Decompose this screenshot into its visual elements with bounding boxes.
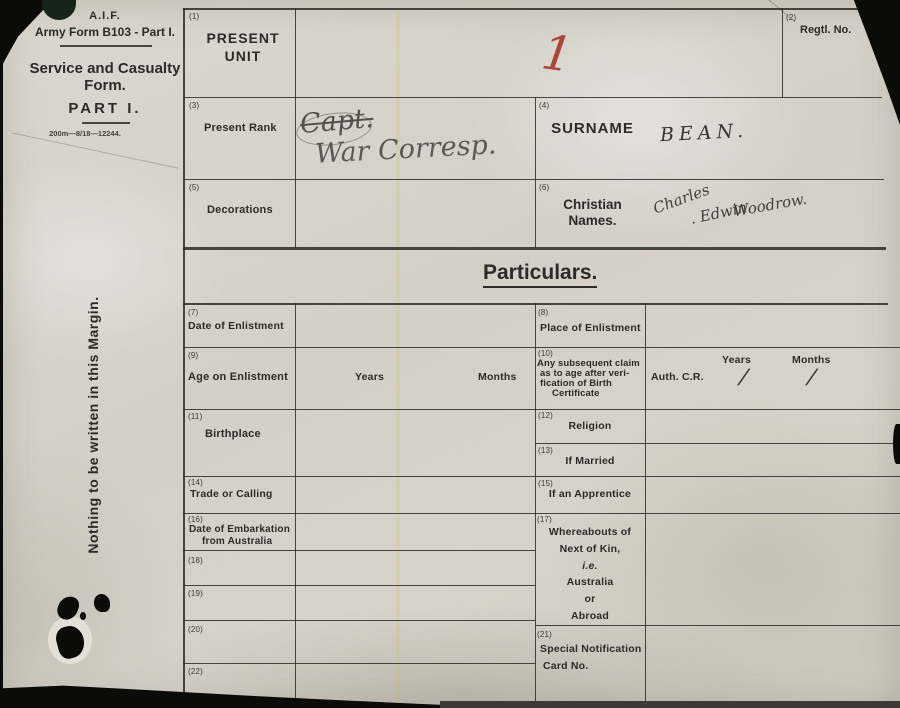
print-code: 200m—8/18—12244. xyxy=(25,129,145,138)
if-married-label: If Married xyxy=(535,455,645,467)
field-number-16: (16) xyxy=(188,515,203,524)
place-of-enlistment-label: Place of Enlistment xyxy=(540,322,641,334)
grid-line xyxy=(183,8,880,10)
field-number-20: (20) xyxy=(188,625,203,634)
date-of-enlistment-label: Date of Enlistment xyxy=(188,320,284,332)
grid-line xyxy=(183,550,535,551)
present-rank-label: Present Rank xyxy=(204,122,277,134)
field-number-19: (19) xyxy=(188,589,203,598)
field-number-22: (22) xyxy=(188,667,203,676)
birthplace-label: Birthplace xyxy=(205,428,261,440)
grid-line xyxy=(183,179,884,180)
grid-line xyxy=(183,409,900,410)
years-column-header: Years xyxy=(355,371,384,383)
years-column-header: Years xyxy=(722,354,751,366)
torn-edge-left xyxy=(0,0,3,708)
age-on-enlistment-label: Age on Enlistment xyxy=(188,371,288,383)
religion-label: Religion xyxy=(535,420,645,432)
subsequent-claim-label: Certificate xyxy=(552,388,600,399)
present-unit-label: PRESENT xyxy=(193,30,293,46)
field-number-5: (5) xyxy=(189,183,199,192)
margin-rule xyxy=(60,45,152,47)
form-title-line2: Form. xyxy=(18,77,192,94)
christian-names-label: Christian xyxy=(540,197,645,212)
grid-line xyxy=(183,97,882,98)
paper-stain-streak xyxy=(396,8,400,702)
field-number-11: (11) xyxy=(188,412,202,421)
grid-line xyxy=(535,443,900,444)
if-an-apprentice-label: If an Apprentice xyxy=(535,488,645,500)
months-value-handwritten: / xyxy=(806,365,817,391)
present-unit-value-handwritten: 1 xyxy=(538,24,576,84)
form-title-line1: Service and Casualty xyxy=(18,60,192,77)
next-of-kin-label: i.e. xyxy=(535,560,645,572)
date-of-embarkation-label: from Australia xyxy=(202,536,272,547)
form-name: Army Form B103 - Part I. xyxy=(25,25,185,39)
christian-names-label: Names. xyxy=(540,213,645,228)
field-number-4: (4) xyxy=(539,101,549,110)
grid-line xyxy=(183,347,900,348)
field-number-13: (13) xyxy=(538,446,553,455)
torn-edge-bottom-right xyxy=(440,701,900,708)
years-value-handwritten: / xyxy=(738,365,749,391)
surname-label: SURNAME xyxy=(540,120,645,137)
trade-or-calling-label: Trade or Calling xyxy=(190,488,273,500)
grid-line xyxy=(183,585,535,586)
field-number-9: (9) xyxy=(188,351,198,360)
paper-sheet: A.I.F. Army Form B103 - Part I. Service … xyxy=(0,0,900,708)
particulars-heading: Particulars. xyxy=(483,261,597,288)
next-of-kin-label: Whereabouts of xyxy=(535,526,645,538)
form-part-label: PART I. xyxy=(40,100,170,117)
auth-cr-label: Auth. C.R. xyxy=(651,371,704,383)
next-of-kin-label: or xyxy=(535,593,645,605)
field-number-14: (14) xyxy=(188,478,203,487)
months-column-header: Months xyxy=(478,371,517,383)
grid-line xyxy=(183,8,185,702)
torn-edge-bottom-left xyxy=(0,680,450,708)
field-number-12: (12) xyxy=(538,411,553,420)
decorations-label: Decorations xyxy=(207,204,273,216)
grid-line xyxy=(183,476,900,477)
field-number-2: (2) xyxy=(786,13,796,22)
field-number-3: (3) xyxy=(189,101,199,110)
punch-hole xyxy=(94,594,110,612)
field-number-15: (15) xyxy=(538,479,553,488)
grid-line xyxy=(535,303,536,702)
grid-line xyxy=(782,8,783,98)
torn-corner-top-right xyxy=(845,0,900,125)
field-number-17: (17) xyxy=(537,515,552,524)
grid-line xyxy=(183,663,535,664)
next-of-kin-label: Abroad xyxy=(535,610,645,622)
surname-value-handwritten: BEAN. xyxy=(659,120,748,147)
grid-line xyxy=(295,8,296,248)
present-unit-label: UNIT xyxy=(193,48,293,64)
field-number-1: (1) xyxy=(189,12,199,21)
next-of-kin-label: Next of Kin, xyxy=(535,543,645,555)
field-number-10: (10) xyxy=(538,349,553,358)
field-number-18: (18) xyxy=(188,556,203,565)
field-number-6: (6) xyxy=(539,183,549,192)
grid-line xyxy=(535,625,900,626)
grid-line xyxy=(645,303,646,702)
field-number-21: (21) xyxy=(537,630,552,639)
field-number-8: (8) xyxy=(538,308,548,317)
field-number-7: (7) xyxy=(188,308,198,317)
next-of-kin-label: Australia xyxy=(535,576,645,588)
punch-hole xyxy=(80,612,86,620)
grid-line xyxy=(183,620,535,621)
torn-edge-right-tear xyxy=(893,424,900,464)
margin-vertical-note: Nothing to be written in this Margin. xyxy=(85,225,105,625)
grid-line xyxy=(535,97,536,248)
christian-names-value-handwritten: Woodrow. xyxy=(732,190,808,221)
grid-line xyxy=(183,513,900,514)
margin-rule xyxy=(82,122,130,124)
date-of-embarkation-label: Date of Embarkation xyxy=(189,524,290,535)
special-notification-label: Special Notification xyxy=(540,643,641,655)
grid-line xyxy=(295,303,296,702)
special-notification-label: Card No. xyxy=(543,660,588,672)
regtl-no-label: Regtl. No. xyxy=(800,24,851,36)
scanned-form-page: A.I.F. Army Form B103 - Part I. Service … xyxy=(0,0,900,708)
